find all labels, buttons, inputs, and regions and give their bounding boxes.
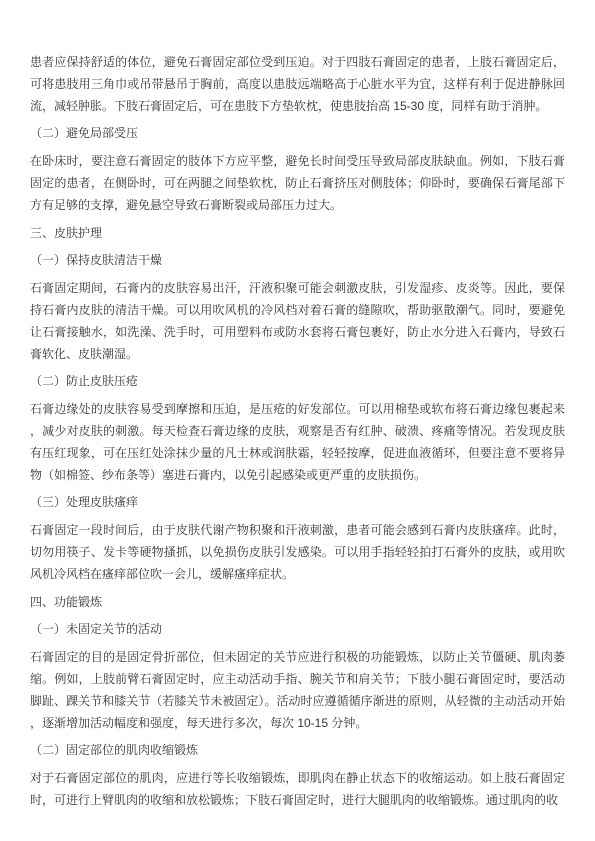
- subsection-heading-avoid-local-pressure: （二）避免局部受压: [30, 123, 565, 145]
- subsection-heading-handle-itching: （三）处理皮肤瘙痒: [30, 492, 565, 514]
- subsection-heading-muscle-contraction-exercise: （二）固定部位的肌肉收缩锻炼: [30, 740, 565, 762]
- paragraph-skin-clean-dry: 石膏固定期间，石膏内的皮肤容易出汗，汗液积聚可能会刺激皮肤，引发湿疹、皮炎等。因…: [30, 278, 565, 365]
- paragraph-muscle-contraction-exercise: 对于石膏固定部位的肌肉，应进行等长收缩锻炼，即肌肉在静止状态下的收缩运动。如上肢…: [30, 768, 565, 812]
- section-heading-functional-exercise: 四、功能锻炼: [30, 592, 565, 614]
- paragraph-bed-rest-care: 在卧床时，要注意石膏固定的肢体下方应平整，避免长时间受压导致局部皮肤缺血。例如，…: [30, 151, 565, 216]
- subsection-heading-unfixed-joint-activity: （一）未固定关节的活动: [30, 619, 565, 641]
- paragraph-itching: 石膏固定一段时间后，由于皮肤代谢产物积聚和汗液刺激，患者可能会感到石膏内皮肤瘙痒…: [30, 520, 565, 585]
- paragraph-pressure-sores: 石膏边缘处的皮肤容易受到摩擦和压迫，是压疮的好发部位。可以用棉垫或软布将石膏边缘…: [30, 399, 565, 486]
- section-heading-skin-care: 三、皮肤护理: [30, 223, 565, 245]
- paragraph-unfixed-joint-activity: 石膏固定的目的是固定骨折部位，但未固定的关节应进行积极的功能锻炼，以防止关节僵硬…: [30, 647, 565, 734]
- subsection-heading-keep-skin-clean-dry: （一）保持皮肤清洁干燥: [30, 250, 565, 272]
- paragraph-position-care: 患者应保持舒适的体位，避免石膏固定部位受到压迫。对于四肢石膏固定的患者，上肢石膏…: [30, 52, 565, 117]
- subsection-heading-prevent-pressure-sores: （二）防止皮肤压疮: [30, 371, 565, 393]
- document-page: 患者应保持舒适的体位，避免石膏固定部位受到压迫。对于四肢石膏固定的患者，上肢石膏…: [0, 0, 595, 841]
